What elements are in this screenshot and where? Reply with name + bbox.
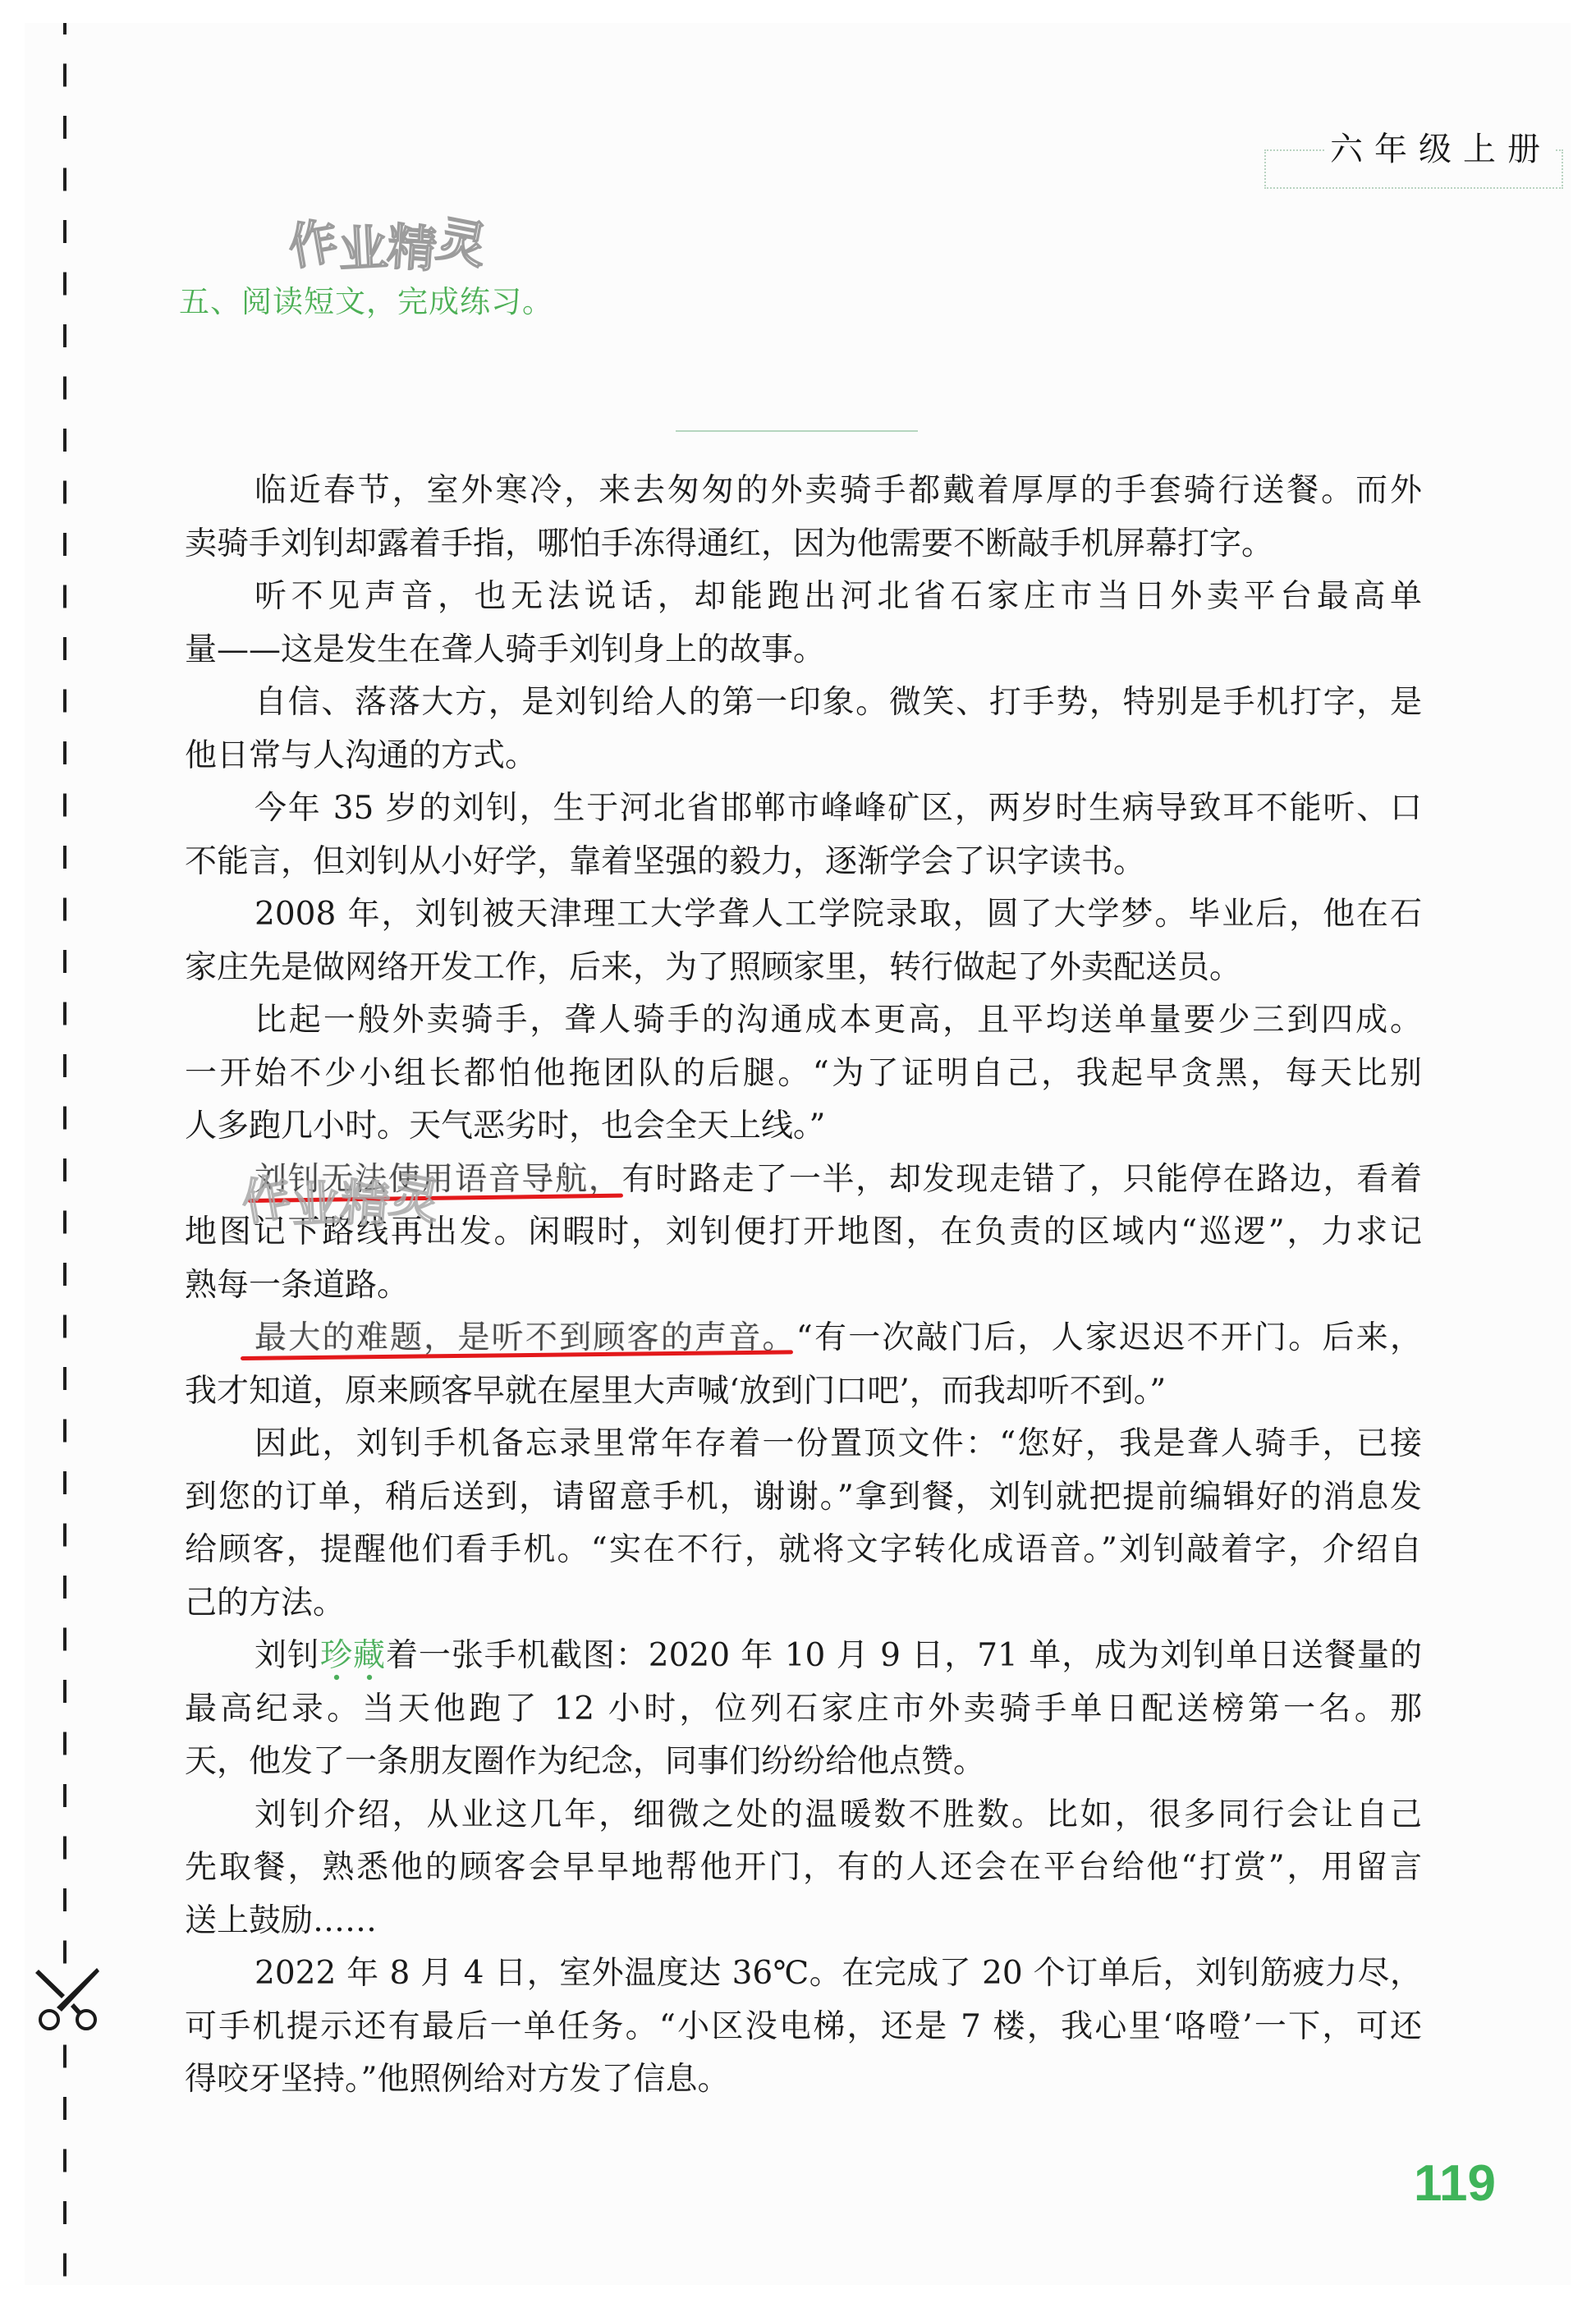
- text-line: 最高纪录。当天他跑了 12 小时，位列石家庄市外卖骑手单日配送榜第一名。那: [185, 1683, 1422, 1736]
- paragraph: 临近春节，室外寒冷，来去匆匆的外卖骑手都戴着厚厚的手套骑行送餐。而外 卖骑手刘钊…: [185, 465, 1422, 571]
- line-text: 有时路走了一半，却发现走错了，只能停在路边，看着: [621, 1161, 1422, 1198]
- line-text: 着一张手机截图：2020 年 10 月 9 日，71 单，成为刘钊单日送餐量的: [386, 1637, 1422, 1674]
- text-line: 人多跑几小时。天气恶劣时，也会全天上线。”: [185, 1100, 1422, 1154]
- text-line: 先取餐，熟悉他的顾客会早早地帮他开门，有的人还会在平台给他“打赏”，用留言: [185, 1842, 1422, 1895]
- text-line: 送上鼓励……: [185, 1895, 1422, 1948]
- text-line: 2008 年，刘钊被天津理工大学聋人工学院录取，圆了大学梦。毕业后，他在石: [185, 888, 1422, 942]
- paragraph: 自信、落落大方，是刘钊给人的第一印象。微笑、打手势，特别是手机打字，是 他日常与…: [185, 677, 1422, 782]
- text-line: 卖骑手刘钊却露着手指，哪怕手冻得通红，因为他需要不断敲手机屏幕打字。: [185, 518, 1422, 571]
- text-line: 自信、落落大方，是刘钊给人的第一印象。微笑、打手势，特别是手机打字，是: [185, 677, 1422, 730]
- underlined-phrase: 最大的难题，是听不到顾客的声音。: [255, 1319, 796, 1356]
- text-line: 刘钊介绍，从业这几年，细微之处的温暖数不胜数。比如，很多同行会让自己: [185, 1789, 1422, 1842]
- page-number: 119: [1414, 2159, 1496, 2209]
- cut-dashed-line: [63, 23, 66, 2285]
- text-line: 因此，刘钊手机备忘录里常年存着一份置顶文件：“您好，我是聋人骑手，已接: [185, 1418, 1422, 1471]
- text-line: 地图记下路线再出发。闲暇时，刘钊便打开地图，在负责的区域内“巡逻”，力求记: [185, 1206, 1422, 1259]
- text-line: 一开始不少小组长都怕他拖团队的后腿。“为了证明自己，我起早贪黑，每天比别: [185, 1048, 1422, 1101]
- underlined-phrase: 刘钊无法使用语音导航，: [255, 1161, 621, 1198]
- emphasized-word: 珍藏: [320, 1637, 386, 1674]
- text-line: 刘钊珍藏着一张手机截图：2020 年 10 月 9 日，71 单，成为刘钊单日送…: [185, 1630, 1422, 1683]
- text-line: 不能言，但刘钊从小好学，靠着坚强的毅力，逐渐学会了识字读书。: [185, 836, 1422, 889]
- paragraph: 2008 年，刘钊被天津理工大学聋人工学院录取，圆了大学梦。毕业后，他在石 家庄…: [185, 888, 1422, 994]
- text-line: 2022 年 8 月 4 日，室外温度达 36℃。在完成了 20 个订单后，刘钊…: [185, 1947, 1422, 2001]
- text-line: 给顾客，提醒他们看手机。“实在不行，就将文字转化成语音。”刘钊敲着字，介绍自: [185, 1524, 1422, 1577]
- paragraph: 刘钊介绍，从业这几年，细微之处的温暖数不胜数。比如，很多同行会让自己 先取餐，熟…: [185, 1789, 1422, 1948]
- text-line: 己的方法。: [185, 1577, 1422, 1631]
- text-line: 到您的订单，稍后送到，请留意手机，谢谢。”拿到餐，刘钊就把提前编辑好的消息发: [185, 1471, 1422, 1525]
- line-text: “有一次敲门后，人家迟迟不开门。后来，: [796, 1319, 1422, 1356]
- text-line: 他日常与人沟通的方式。: [185, 730, 1422, 783]
- reading-passage: 临近春节，室外寒冷，来去匆匆的外卖骑手都戴着厚厚的手套骑行送餐。而外 卖骑手刘钊…: [185, 465, 1422, 2107]
- paragraph: 比起一般外卖骑手，聋人骑手的沟通成本更高，且平均送单量要少三到四成。 一开始不少…: [185, 994, 1422, 1154]
- paragraph: 听不见声音，也无法说话，却能跑出河北省石家庄市当日外卖平台最高单 量——这是发生…: [185, 571, 1422, 677]
- scissors-icon: [31, 1964, 105, 2039]
- grade-label: 六年级上册: [1324, 131, 1554, 167]
- text-line: 熟每一条道路。: [185, 1259, 1422, 1313]
- text-line: 家庄先是做网络开发工作，后来，为了照顾家里，转行做起了外卖配送员。: [185, 942, 1422, 995]
- text-line: 临近春节，室外寒冷，来去匆匆的外卖骑手都戴着厚厚的手套骑行送餐。而外: [185, 465, 1422, 518]
- text-line: 量——这是发生在聋人骑手刘钊身上的故事。: [185, 624, 1422, 677]
- paragraph: 刘钊珍藏着一张手机截图：2020 年 10 月 9 日，71 单，成为刘钊单日送…: [185, 1630, 1422, 1789]
- text-line: 得咬牙坚持。”他照例给对方发了信息。: [185, 2053, 1422, 2107]
- text-line: 可手机提示还有最后一单任务。“小区没电梯，还是 7 楼，我心里‘咯噔’一下，可还: [185, 2001, 1422, 2054]
- text-line: 刘钊无法使用语音导航，有时路走了一半，却发现走错了，只能停在路边，看着: [185, 1154, 1422, 1207]
- paragraph: 2022 年 8 月 4 日，室外温度达 36℃。在完成了 20 个订单后，刘钊…: [185, 1947, 1422, 2107]
- divider-line: [676, 430, 918, 432]
- text-line: 比起一般外卖骑手，聋人骑手的沟通成本更高，且平均送单量要少三到四成。: [185, 994, 1422, 1048]
- text-line: 听不见声音，也无法说话，却能跑出河北省石家庄市当日外卖平台最高单: [185, 571, 1422, 624]
- text-line: 最大的难题，是听不到顾客的声音。“有一次敲门后，人家迟迟不开门。后来，: [185, 1312, 1422, 1365]
- paragraph: 今年 35 岁的刘钊，生于河北省邯郸市峰峰矿区，两岁时生病导致耳不能听、口 不能…: [185, 782, 1422, 888]
- paragraph: 刘钊无法使用语音导航，有时路走了一半，却发现走错了，只能停在路边，看着 地图记下…: [185, 1154, 1422, 1313]
- text-line: 今年 35 岁的刘钊，生于河北省邯郸市峰峰矿区，两岁时生病导致耳不能听、口: [185, 782, 1422, 836]
- paragraph: 最大的难题，是听不到顾客的声音。“有一次敲门后，人家迟迟不开门。后来， 我才知道…: [185, 1312, 1422, 1418]
- paragraph: 因此，刘钊手机备忘录里常年存着一份置顶文件：“您好，我是聋人骑手，已接 到您的订…: [185, 1418, 1422, 1630]
- text-line: 天，他发了一条朋友圈作为纪念，同事们纷纷给他点赞。: [185, 1736, 1422, 1789]
- section-title: 五、阅读短文，完成练习。: [179, 286, 553, 319]
- line-text: 刘钊: [255, 1637, 320, 1674]
- text-line: 我才知道，原来顾客早就在屋里大声喊‘放到门口吧’，而我却听不到。”: [185, 1365, 1422, 1419]
